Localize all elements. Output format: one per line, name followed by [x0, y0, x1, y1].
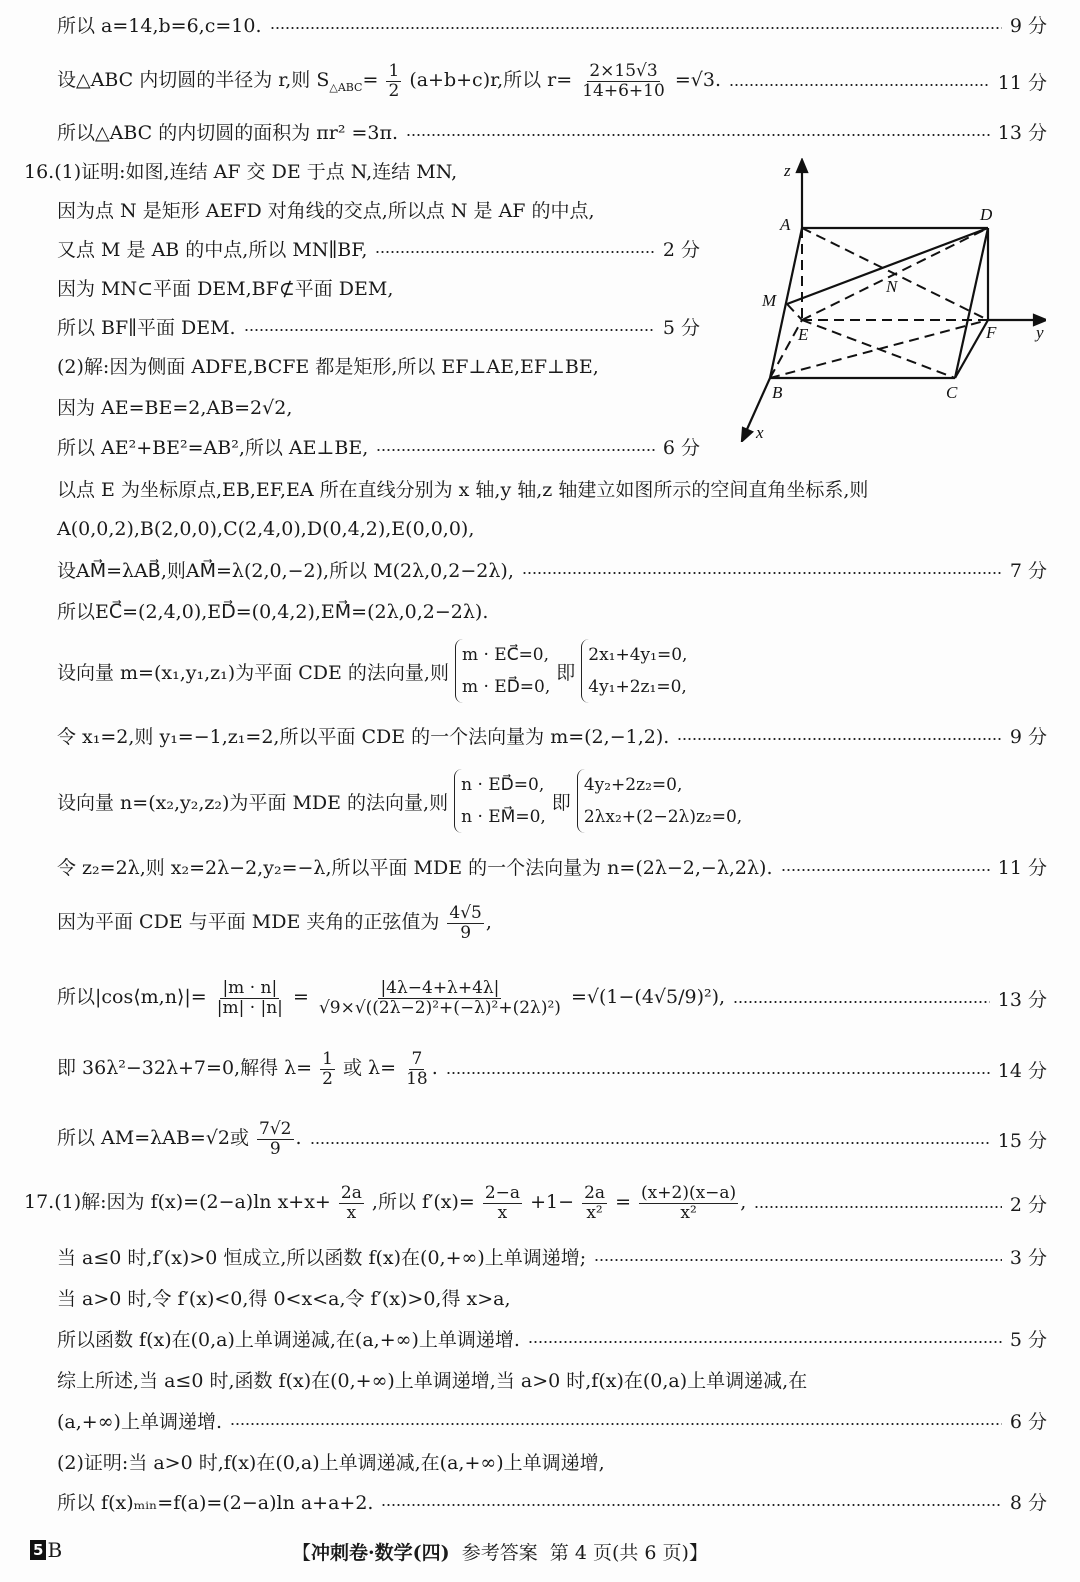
answer-line: 所以|cos⟨m,n⟩|= |m · n||m| · |n| = |4λ−4+λ… — [57, 970, 1047, 1026]
footer-title: 【冲刺卷·数学(四) 参考答案 第 4 页(共 6 页)】 — [292, 1538, 708, 1565]
score: 8 分 — [1010, 1488, 1047, 1515]
line-text: (2)证明:当 a>0 时,f(x)在(0,a)上单调递减,在(a,+∞)上单调… — [57, 1448, 605, 1475]
geometry-figure: z A D N M E F y B C x — [740, 158, 1046, 442]
answer-line: 所以 AE²+BE²=AB²,所以 AE⊥BE, 6 分 — [57, 426, 700, 466]
text-part: = — [293, 986, 309, 1008]
text-part: 所以|cos⟨m,n⟩|= — [57, 986, 207, 1008]
denominator: 2 — [386, 82, 401, 101]
line-text: 设向量 n=(x₂,y₂,z₂)为平面 MDE 的法向量,则 — [57, 788, 448, 815]
equation: 4y₂+2z₂=0, — [584, 769, 742, 801]
answer-line: 因为平面 CDE 与平面 MDE 夹角的正弦值为 4√59, — [57, 898, 1047, 948]
equation: 2x₁+4y₁=0, — [588, 639, 687, 671]
dot-leader — [230, 1423, 1002, 1425]
line-text: 所以 AM=λAB=√2或 7√29. — [57, 1120, 302, 1158]
score: 2 分 — [1010, 1190, 1047, 1217]
numerator: 7 — [409, 1050, 424, 1070]
line-text: 16.(1)证明:如图,连结 AF 交 DE 于点 N,连结 MN, — [24, 157, 457, 184]
answer-line: 因为 MN⊂平面 DEM,BF⊄平面 DEM, — [57, 267, 700, 307]
answer-line: 设向量 m=(x₁,y₁,z₁)为平面 CDE 的法向量,则 m · EC⃗=0… — [57, 636, 1047, 706]
line-text: 所以 f(x)ₘᵢₙ=f(a)=(2−a)ln a+a+2. — [57, 1488, 373, 1515]
line-text: A(0,0,2),B(2,0,0),C(2,4,0),D(0,4,2),E(0,… — [57, 518, 474, 540]
line-text: 因为 MN⊂平面 DEM,BF⊄平面 DEM, — [57, 274, 393, 301]
dot-leader — [270, 27, 1002, 29]
point-label-e: E — [797, 325, 809, 344]
denominator: 2 — [320, 1070, 335, 1089]
text-part: 因为平面 CDE 与平面 MDE 夹角的正弦值为 — [57, 911, 439, 933]
denominator: x² — [584, 1204, 604, 1223]
text-part: ,所以 f′(x)= — [372, 1191, 475, 1213]
fraction: 2−ax — [483, 1184, 522, 1222]
page-info: 参考答案 第 4 页(共 6 页)】 — [450, 1542, 708, 1564]
dot-leader — [376, 449, 655, 451]
denominator: 14+6+10 — [580, 82, 667, 101]
line-text: (a,+∞)上单调递增. — [57, 1407, 222, 1434]
answer-line: 又点 M 是 AB 的中点,所以 MN∥BF, 2 分 — [57, 228, 700, 268]
text-part: 即 — [556, 658, 575, 685]
text-part: . — [432, 1057, 438, 1079]
answer-line: 因为点 N 是矩形 AEFD 对角线的交点,所以点 N 是 AF 的中点, — [57, 189, 700, 229]
score: 9 分 — [1010, 722, 1047, 749]
answer-line: 所以△ABC 的内切圆的面积为 πr² =3π. 13 分 — [57, 111, 1047, 151]
text-part: 所以 AM=λAB=√2或 — [57, 1127, 249, 1149]
dot-leader — [446, 1072, 990, 1074]
dot-leader — [528, 1341, 1002, 1343]
answer-line: (2)解:因为侧面 ADFE,BCFE 都是矩形,所以 EF⊥AE,EF⊥BE, — [57, 345, 700, 385]
line-text: 又点 M 是 AB 的中点,所以 MN∥BF, — [57, 235, 367, 262]
exam-name: 冲刺卷·数学(四) — [311, 1542, 450, 1564]
answer-line: 令 z₂=2λ,则 x₂=2λ−2,y₂=−λ,所以平面 MDE 的一个法向量为… — [57, 846, 1047, 886]
axis-label-y: y — [1034, 323, 1044, 342]
answer-line: 令 x₁=2,则 y₁=−1,z₁=2,所以平面 CDE 的一个法向量为 m=(… — [57, 715, 1047, 755]
score: 7 分 — [1010, 556, 1047, 583]
line-text: (2)解:因为侧面 ADFE,BCFE 都是矩形,所以 EF⊥AE,EF⊥BE, — [57, 352, 599, 379]
numerator: 7√2 — [257, 1120, 293, 1140]
text-part: (a+b+c)r,所以 r= — [409, 69, 572, 91]
line-text: 因为点 N 是矩形 AEFD 对角线的交点,所以点 N 是 AF 的中点, — [57, 196, 595, 223]
line-text: 所以 BF∥平面 DEM. — [57, 313, 236, 340]
axis-label-x: x — [755, 423, 764, 442]
answer-line: 设△ABC 内切圆的半径为 r,则 S△ABC= 12 (a+b+c)r,所以 … — [57, 58, 1047, 104]
text-part: = — [362, 69, 378, 91]
equation: m · ED⃗=0, — [462, 671, 550, 703]
line-text: 所以函数 f(x)在(0,a)上单调递减,在(a,+∞)上单调递增. — [57, 1325, 520, 1352]
answer-line: 因为 AE=BE=2,AB=2√2, — [57, 386, 700, 426]
score: 3 分 — [1010, 1243, 1047, 1270]
logo-letter: B — [47, 1538, 62, 1562]
score: 14 分 — [998, 1056, 1047, 1083]
text-part: , — [486, 911, 492, 933]
point-label-m: M — [761, 291, 777, 310]
line-text: 设AM⃗=λAB⃗,则AM⃗=λ(2,0,−2),所以 M(2λ,0,2−2λ)… — [57, 556, 514, 583]
equation: 4y₁+2z₁=0, — [588, 671, 687, 703]
numerator: 2a — [582, 1184, 607, 1204]
point-label-f: F — [985, 323, 997, 342]
page-footer: 5B 【冲刺卷·数学(四) 参考答案 第 4 页(共 6 页)】 — [0, 1536, 1080, 1564]
fraction: 718 — [404, 1050, 430, 1088]
numerator: |4λ−4+λ+4λ| — [378, 979, 501, 999]
line-text: 令 z₂=2λ,则 x₂=2λ−2,y₂=−λ,所以平面 MDE 的一个法向量为… — [57, 853, 773, 880]
dot-leader — [677, 738, 1002, 740]
fraction: 2×15√314+6+10 — [580, 62, 667, 100]
bracket: 【 — [292, 1542, 311, 1564]
point-label-c: C — [946, 383, 958, 402]
score: 6 分 — [1010, 1407, 1047, 1434]
equation-system: m · EC⃗=0, m · ED⃗=0, — [455, 639, 550, 704]
line-text: 所以EC⃗=(2,4,0),ED⃗=(0,4,2),EM⃗=(2λ,0,2−2λ… — [57, 597, 488, 624]
fraction: 2ax — [339, 1184, 364, 1222]
numerator: 2×15√3 — [587, 62, 659, 82]
answer-line: 综上所述,当 a≤0 时,函数 f(x)在(0,+∞)上单调递增,当 a>0 时… — [57, 1359, 1047, 1399]
text-part: 17.(1)解:因为 f(x)=(2−a)ln x+x+ — [24, 1191, 331, 1213]
dot-leader — [244, 329, 655, 331]
line-text: 所以△ABC 的内切圆的面积为 πr² =3π. — [57, 118, 398, 145]
score: 11 分 — [998, 68, 1047, 95]
answer-line: 设AM⃗=λAB⃗,则AM⃗=λ(2,0,−2),所以 M(2λ,0,2−2λ)… — [57, 549, 1047, 589]
answer-line: 所以 f(x)ₘᵢₙ=f(a)=(2−a)ln a+a+2. 8 分 — [57, 1481, 1047, 1521]
question-16-start: 16.(1)证明:如图,连结 AF 交 DE 于点 N,连结 MN, — [24, 150, 700, 190]
logo-number: 5 — [30, 1540, 46, 1560]
text-part: , — [740, 1191, 746, 1213]
numerator: |m · n| — [220, 979, 279, 999]
equation-system: 4y₂+2z₂=0, 2λx₂+(2−2λ)z₂=0, — [577, 769, 742, 834]
text-part: . — [296, 1127, 302, 1149]
point-label-n: N — [885, 277, 899, 296]
fraction: 4√59 — [447, 904, 483, 942]
question-17-start: 17.(1)解:因为 f(x)=(2−a)ln x+x+ 2ax ,所以 f′(… — [24, 1178, 1047, 1228]
denominator: x — [345, 1204, 359, 1223]
score: 5 分 — [663, 313, 700, 340]
answer-line: (2)证明:当 a>0 时,f(x)在(0,a)上单调递减,在(a,+∞)上单调… — [57, 1441, 1047, 1481]
answer-line: 所以函数 f(x)在(0,a)上单调递减,在(a,+∞)上单调递增. 5 分 — [57, 1318, 1047, 1358]
fraction: 2ax² — [582, 1184, 607, 1222]
text-part: 或 λ= — [343, 1057, 396, 1079]
line-text: 因为平面 CDE 与平面 MDE 夹角的正弦值为 4√59, — [57, 904, 492, 942]
dot-leader — [729, 84, 990, 86]
fraction: 7√29 — [257, 1120, 293, 1158]
line-text: 综上所述,当 a≤0 时,函数 f(x)在(0,+∞)上单调递增,当 a>0 时… — [57, 1366, 807, 1393]
fraction: (x+2)(x−a)x² — [639, 1184, 738, 1222]
equation: n · ED⃗=0, — [461, 769, 546, 801]
text-part: +1− — [530, 1191, 574, 1213]
numerator: 1 — [386, 62, 401, 82]
line-text: 即 36λ²−32λ+7=0,解得 λ= 12 或 λ= 718. — [57, 1050, 438, 1088]
dot-leader — [375, 251, 654, 253]
line-text: 以点 E 为坐标原点,EB,EF,EA 所在直线分别为 x 轴,y 轴,z 轴建… — [57, 475, 868, 502]
line-text: 令 x₁=2,则 y₁=−1,z₁=2,所以平面 CDE 的一个法向量为 m=(… — [57, 722, 669, 749]
denominator: 9 — [268, 1140, 283, 1159]
dot-leader — [406, 134, 990, 136]
answer-line: A(0,0,2),B(2,0,0),C(2,4,0),D(0,4,2),E(0,… — [57, 509, 1047, 549]
fraction: 12 — [320, 1050, 335, 1088]
prism-diagram: z A D N M E F y B C x — [740, 158, 1046, 442]
point-label-d: D — [979, 205, 993, 224]
numerator: 1 — [320, 1050, 335, 1070]
line-text: 设△ABC 内切圆的半径为 r,则 S△ABC= 12 (a+b+c)r,所以 … — [57, 62, 721, 100]
dot-leader — [754, 1206, 1002, 1208]
answer-line: 以点 E 为坐标原点,EB,EF,EA 所在直线分别为 x 轴,y 轴,z 轴建… — [57, 468, 1047, 508]
equation-system: n · ED⃗=0, n · EM⃗=0, — [454, 769, 546, 834]
denominator: x — [496, 1204, 510, 1223]
numerator: (x+2)(x−a) — [639, 1184, 738, 1204]
line-text: 当 a≤0 时,f′(x)>0 恒成立,所以函数 f(x)在(0,+∞)上单调递… — [57, 1243, 586, 1270]
publisher-logo: 5B — [30, 1538, 62, 1562]
answer-line: 当 a>0 时,令 f′(x)<0,得 0<x<a,令 f′(x)>0,得 x>… — [57, 1277, 1047, 1317]
answer-line: 即 36λ²−32λ+7=0,解得 λ= 12 或 λ= 718. 14 分 — [57, 1044, 1047, 1094]
text-part: =√(1−(4√5/9)²), — [571, 986, 725, 1008]
numerator: 2a — [339, 1184, 364, 1204]
axis-label-z: z — [783, 161, 791, 180]
answer-line: 所以 AM=λAB=√2或 7√29. 15 分 — [57, 1114, 1047, 1164]
dot-leader — [381, 1504, 1001, 1506]
answer-line: 所以 a=14,b=6,c=10. 9 分 — [57, 4, 1047, 44]
text-part: 设△ABC 内切圆的半径为 r,则 S — [57, 69, 329, 91]
line-text: 因为 AE=BE=2,AB=2√2, — [57, 393, 292, 420]
answer-line: 设向量 n=(x₂,y₂,z₂)为平面 MDE 的法向量,则 n · ED⃗=0… — [57, 766, 1047, 836]
line-text: 设向量 m=(x₁,y₁,z₁)为平面 CDE 的法向量,则 — [57, 658, 449, 685]
denominator: √9×√((2λ−2)²+(−λ)²+(2λ)²) — [317, 999, 563, 1018]
line-text: 所以|cos⟨m,n⟩|= |m · n||m| · |n| = |4λ−4+λ… — [57, 979, 725, 1017]
line-text: 所以 a=14,b=6,c=10. — [57, 11, 262, 38]
answer-line: 所以EC⃗=(2,4,0),ED⃗=(0,4,2),EM⃗=(2λ,0,2−2λ… — [57, 590, 1047, 630]
text-part: 即 36λ²−32λ+7=0,解得 λ= — [57, 1057, 312, 1079]
score: 6 分 — [663, 433, 700, 460]
score: 15 分 — [998, 1126, 1047, 1153]
fraction: |4λ−4+λ+4λ|√9×√((2λ−2)²+(−λ)²+(2λ)²) — [317, 979, 563, 1017]
fraction: |m · n||m| · |n| — [215, 979, 285, 1017]
answer-line: 当 a≤0 时,f′(x)>0 恒成立,所以函数 f(x)在(0,+∞)上单调递… — [57, 1236, 1047, 1276]
score: 9 分 — [1010, 11, 1047, 38]
denominator: |m| · |n| — [215, 999, 285, 1018]
dot-leader — [733, 1001, 990, 1003]
dot-leader — [310, 1142, 990, 1144]
score: 13 分 — [998, 118, 1047, 145]
numerator: 2−a — [483, 1184, 522, 1204]
equation: n · EM⃗=0, — [461, 801, 546, 833]
dot-leader — [594, 1259, 1002, 1261]
point-label-a: A — [779, 215, 791, 234]
score: 11 分 — [998, 853, 1047, 880]
denominator: 18 — [404, 1070, 430, 1089]
score: 5 分 — [1010, 1325, 1047, 1352]
answer-line: (a,+∞)上单调递增. 6 分 — [57, 1400, 1047, 1440]
text-part: 即 — [552, 788, 571, 815]
equation: 2λx₂+(2−2λ)z₂=0, — [584, 801, 742, 833]
line-text: 17.(1)解:因为 f(x)=(2−a)ln x+x+ 2ax ,所以 f′(… — [24, 1184, 746, 1222]
score: 13 分 — [998, 985, 1047, 1012]
dot-leader — [522, 572, 1002, 574]
line-text: 当 a>0 时,令 f′(x)<0,得 0<x<a,令 f′(x)>0,得 x>… — [57, 1284, 511, 1311]
point-label-b: B — [772, 383, 783, 402]
answer-line: 所以 BF∥平面 DEM. 5 分 — [57, 306, 700, 346]
equation: m · EC⃗=0, — [462, 639, 550, 671]
fraction: 12 — [386, 62, 401, 100]
text-part: =√3. — [675, 69, 721, 91]
equation-system: 2x₁+4y₁=0, 4y₁+2z₁=0, — [581, 639, 687, 704]
subscript: △ABC — [329, 81, 362, 94]
score: 2 分 — [663, 235, 700, 262]
numerator: 4√5 — [447, 904, 483, 924]
dot-leader — [781, 869, 990, 871]
denominator: x² — [678, 1204, 698, 1223]
line-text: 所以 AE²+BE²=AB²,所以 AE⊥BE, — [57, 433, 368, 460]
denominator: 9 — [458, 924, 473, 943]
text-part: = — [615, 1191, 631, 1213]
